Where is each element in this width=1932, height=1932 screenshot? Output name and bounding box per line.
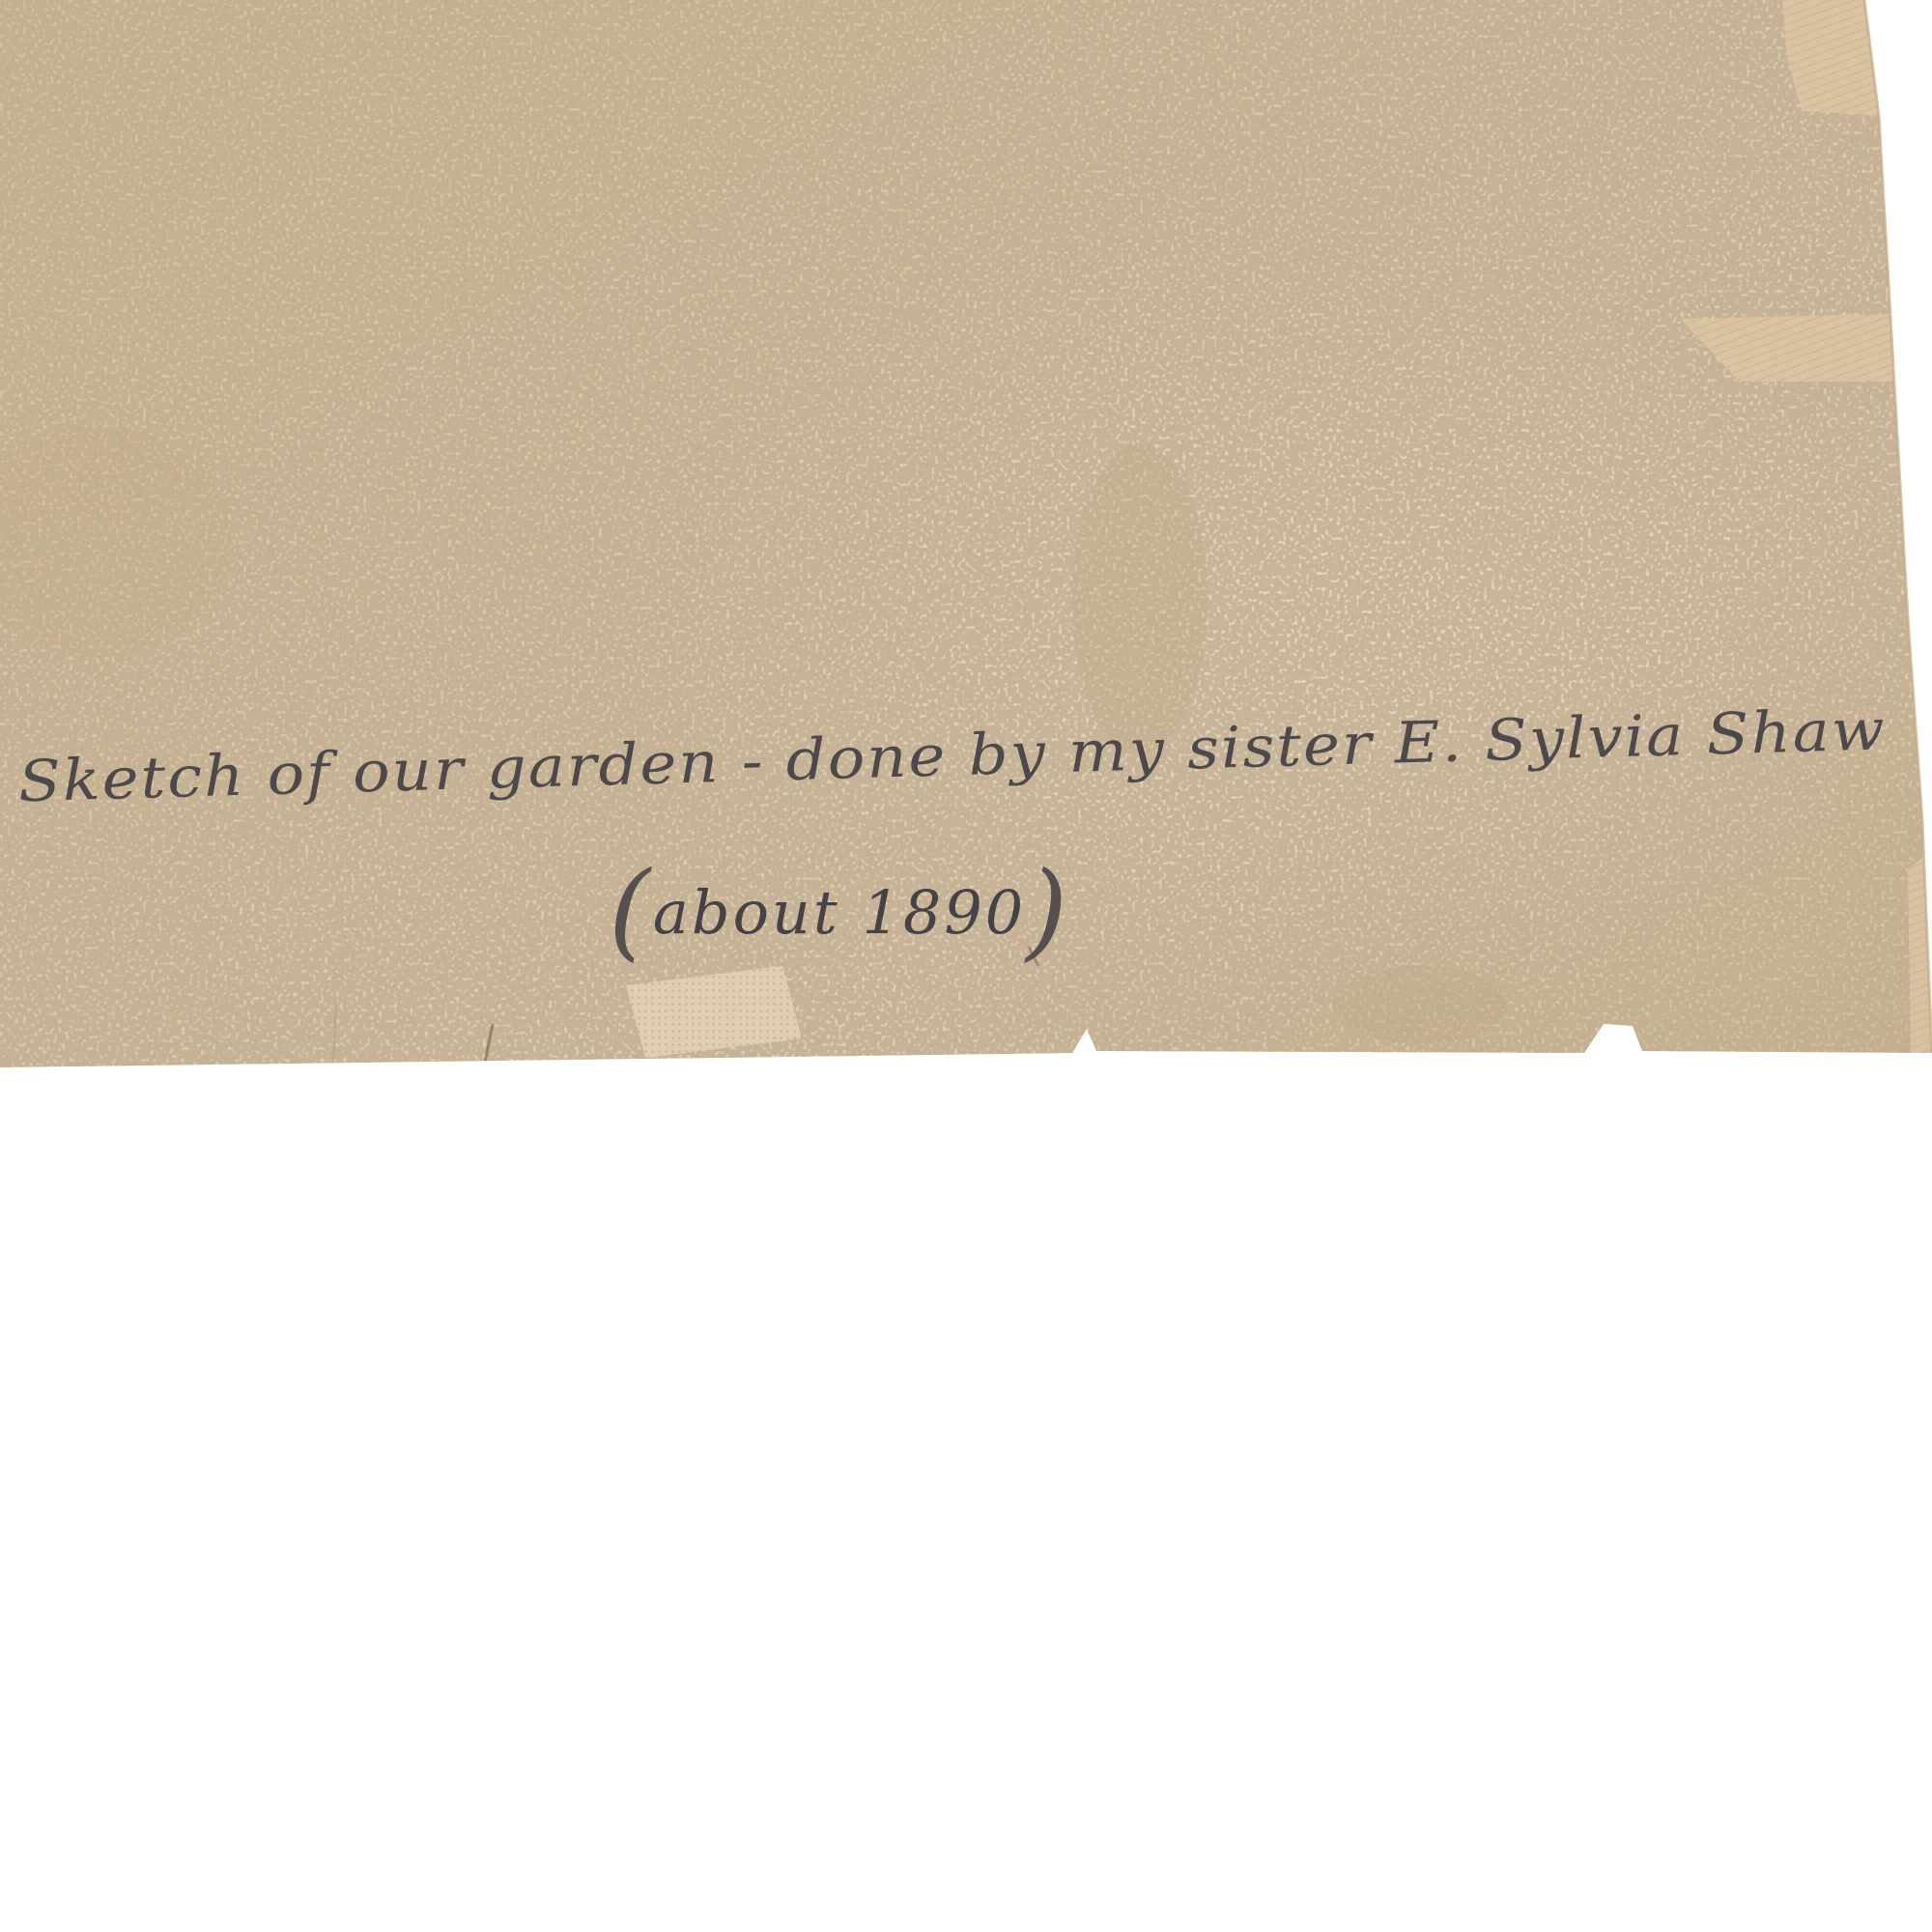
photo-stage: Sketch of our garden - done by my sister… [0,0,1932,1932]
paper-texture [0,0,1932,1072]
aged-paper-sheet: Sketch of our garden - done by my sister… [0,0,1932,1072]
